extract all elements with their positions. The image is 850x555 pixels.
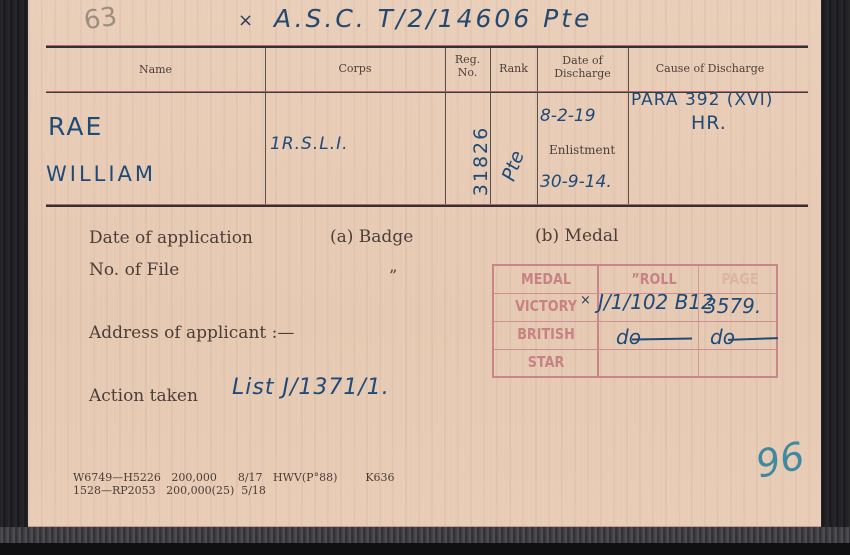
stamp-header-roll: ”ROLL — [612, 270, 697, 288]
column-header-name: Name — [46, 63, 265, 76]
date-discharge-line2: Discharge — [537, 67, 628, 80]
divider-rank-date — [537, 48, 538, 204]
date-of-application-label: Date of application — [89, 228, 253, 248]
stamp-row-line-2 — [494, 321, 776, 322]
stamp-medal-star: STAR — [504, 353, 589, 371]
stamp-row-line-3 — [494, 349, 776, 350]
stamp-medal-victory: VICTORY — [504, 297, 589, 315]
british-page-value: do — [710, 325, 735, 349]
action-taken-label: Action taken — [89, 386, 198, 406]
divider-date-cause — [628, 48, 629, 204]
reg-no-line1: Reg. — [445, 53, 490, 66]
victory-mark: × — [580, 293, 591, 308]
print-code-line2: 1528—RP2053 200,000(25) 5/18 — [73, 484, 266, 497]
column-header-reg-no: Reg. No. — [445, 53, 490, 79]
date-discharge-line1: Date of — [537, 54, 628, 67]
medal-label: (b) Medal — [535, 226, 618, 246]
victory-roll-value: J/1/102 B12 — [598, 290, 714, 314]
medal-index-card: 63 × A.S.C. T/2/14606 Pte Name Corps Reg… — [28, 0, 821, 527]
forename: WILLIAM — [46, 162, 156, 186]
entry-bottom-rule — [46, 204, 808, 207]
cause-of-discharge-line1: PARA 392 (XVI) — [631, 90, 773, 110]
address-of-applicant-label: Address of applicant :— — [89, 323, 294, 343]
corner-initials: 96 — [752, 433, 808, 486]
column-header-corps: Corps — [265, 62, 445, 75]
unit-annotation: A.S.C. T/2/14606 Pte — [274, 4, 592, 33]
stamp-medal-british: BRITISH — [504, 325, 589, 343]
pencil-note: 63 — [82, 2, 119, 36]
divider-name-corps — [265, 48, 266, 204]
cause-of-discharge-line2: HR. — [691, 112, 727, 134]
no-of-file-label: No. of File — [89, 260, 179, 280]
reg-no-line2: No. — [445, 66, 490, 79]
divider-corps-reg — [445, 48, 446, 204]
stamp-header-medal: MEDAL — [504, 270, 589, 288]
column-header-cause-of-discharge: Cause of Discharge — [628, 62, 792, 75]
corps-value: 1R.S.L.I. — [270, 134, 349, 154]
rank-value: Pte — [498, 148, 529, 184]
scanner-bottom-strip — [0, 527, 850, 555]
enlistment-label: Enlistment — [549, 143, 615, 157]
column-header-date-of-discharge: Date of Discharge — [537, 54, 628, 80]
header-top-rule — [46, 45, 808, 48]
annotation-mark: × — [238, 10, 253, 31]
stamp-header-page: PAGE — [698, 270, 783, 288]
reg-no-value: 31826 — [470, 126, 492, 196]
print-code-line1: W6749—H5226 200,000 8/17 HWV(P°88) K636 — [73, 471, 395, 484]
ditto-mark: ” — [389, 266, 397, 285]
surname: RAE — [48, 112, 103, 141]
column-header-rank: Rank — [490, 62, 537, 75]
date-of-discharge-value: 8-2-19 — [540, 106, 596, 126]
badge-label: (a) Badge — [330, 227, 413, 247]
victory-page-value: 3579. — [704, 294, 761, 318]
date-of-enlistment-value: 30-9-14. — [540, 172, 612, 192]
medal-roll-stamp: MEDAL ”ROLL PAGE VICTORY BRITISH STAR — [492, 264, 778, 378]
british-roll-value: do — [616, 325, 641, 349]
action-taken-value: List J/1371/1. — [232, 375, 390, 400]
